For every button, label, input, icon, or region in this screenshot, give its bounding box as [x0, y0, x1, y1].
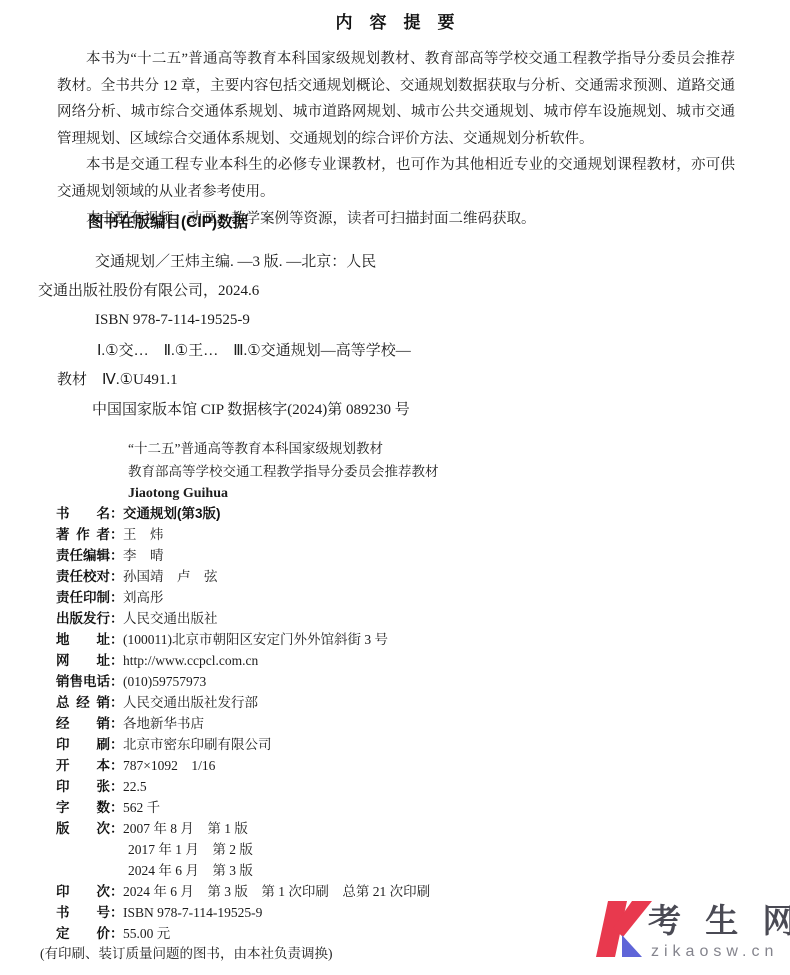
colophon-value: 李 晴: [123, 548, 164, 563]
colophon-row: 地 址：(100011)北京市朝阳区安定门外外馆斜街 3 号: [56, 629, 430, 650]
colophon-row: 印 次：2024 年 6 月 第 3 版 第 1 次印刷 总第 21 次印刷: [56, 881, 430, 902]
colophon-row: 总 经 销：人民交通出版社发行部: [56, 692, 430, 713]
quality-note: (有印刷、装订质量问题的图书，由本社负责调换): [40, 942, 333, 962]
colophon-row: 销售电话：(010)59757973: [56, 671, 430, 692]
watermark-brand-text: 考 生 网: [648, 895, 790, 942]
edition-line: 2007 年 8 月 第 1 版: [123, 821, 248, 836]
colophon-row: 出版发行：人民交通出版社: [56, 608, 430, 629]
zikaosw-k-logo-icon: [596, 899, 652, 959]
summary-paragraph: 本书是交通工程专业本科生的必修专业课教材，也可作为其他相近专业的交通规划课程教材…: [57, 152, 735, 205]
colophon-label: 书 号：: [56, 902, 123, 923]
edition-line: 2017 年 1 月 第 2 版: [128, 842, 253, 857]
colophon-value: 交通规划(第3版): [123, 506, 221, 521]
colophon-label: 出版发行：: [56, 608, 123, 629]
colophon-label: 网 址：: [56, 650, 123, 671]
colophon-label: 字 数：: [56, 797, 123, 818]
colophon-value: 人民交通出版社发行部: [123, 695, 258, 710]
colophon-label: 总 经 销：: [56, 692, 123, 713]
colophon-row: 印 张：22.5: [56, 776, 430, 797]
colophon-row: 著 作 者：王 炜: [56, 524, 430, 545]
cip-line: 交通出版社股份有限公司，2024.6: [38, 277, 790, 306]
colophon-label: 责任印制：: [56, 587, 123, 608]
colophon-row: 责任编辑：李 晴: [56, 545, 430, 566]
colophon-value: 北京市密东印刷有限公司: [123, 737, 272, 752]
cip-heading: 图书在版编目(CIP)数据: [88, 210, 790, 232]
colophon-label: 书 名：: [56, 503, 123, 524]
colophon-label: 销售电话：: [56, 671, 123, 692]
colophon-value: 刘高彤: [123, 590, 164, 605]
colophon-label: 印 刷：: [56, 734, 123, 755]
colophon-row: 开 本：787×1092 1/16: [56, 755, 430, 776]
colophon-row: 责任印制：刘高彤: [56, 587, 430, 608]
colophon-row: 2017 年 1 月 第 2 版: [56, 839, 430, 860]
colophon-value: 孙国靖 卢 弦: [123, 569, 218, 584]
colophon-label: 印 张：: [56, 776, 123, 797]
colophon-label: 定 价：: [56, 923, 123, 944]
colophon-label: 责任校对：: [56, 566, 123, 587]
colophon-label: 开 本：: [56, 755, 123, 776]
colophon-row: 书 名：交通规划(第3版): [56, 503, 430, 524]
publisher-url: http://www.ccpcl.com.cn: [123, 653, 258, 668]
colophon-row: 2024 年 6 月 第 3 版: [56, 860, 430, 881]
colophon-value: 王 炜: [123, 527, 164, 542]
colophon-row: 定 价：55.00 元: [56, 923, 430, 944]
watermark: 考 生 网 zikaosw.cn: [596, 897, 788, 961]
colophon-label: 著 作 者：: [56, 524, 123, 545]
sales-phone: (010)59757973: [123, 674, 206, 689]
summary-paragraph: 本书为“十二五”普通高等教育本科国家级规划教材、教育部高等学校交通工程教学指导分…: [57, 46, 735, 152]
colophon-row: 经 销：各地新华书店: [56, 713, 430, 734]
colophon-value: 各地新华书店: [123, 716, 204, 731]
colophon-label: 地 址：: [56, 629, 123, 650]
series-line: “十二五”普通高等教育本科国家级规划教材: [128, 438, 439, 461]
cip-line: 交通规划／王炜主编. —3 版. —北京：人民: [95, 248, 790, 277]
colophon-value: (100011)北京市朝阳区安定门外外馆斜街 3 号: [123, 632, 388, 647]
colophon-row: 版 次：2007 年 8 月 第 1 版: [56, 818, 430, 839]
colophon-value: 787×1092 1/16: [123, 758, 215, 773]
colophon-row: 网 址：http://www.ccpcl.com.cn: [56, 650, 430, 671]
price-line: 55.00 元: [123, 926, 170, 941]
colophon-value: 562 千: [123, 800, 160, 815]
isbn-line: ISBN 978-7-114-19525-9: [123, 905, 262, 920]
cip-record-number: 中国国家版本馆 CIP 数据核字(2024)第 089230 号: [92, 396, 790, 425]
cip-section: 图书在版编目(CIP)数据 交通规划／王炜主编. —3 版. —北京：人民 交通…: [0, 210, 790, 425]
colophon-section: 书 名：交通规划(第3版) 著 作 者：王 炜 责任编辑：李 晴 责任校对：孙国…: [56, 503, 430, 944]
colophon-value: 人民交通出版社: [123, 611, 218, 626]
page-title: 内 容 提 要: [0, 8, 790, 33]
colophon-value: 22.5: [123, 779, 147, 794]
series-line: 教育部高等学校交通工程教学指导分委员会推荐教材: [128, 461, 439, 484]
cip-classification: 教材 Ⅳ.①U491.1: [57, 366, 790, 395]
series-section: “十二五”普通高等教育本科国家级规划教材 教育部高等学校交通工程教学指导分委员会…: [128, 438, 439, 506]
colophon-label: 版 次：: [56, 818, 123, 839]
printing-line: 2024 年 6 月 第 3 版 第 1 次印刷 总第 21 次印刷: [123, 884, 430, 899]
watermark-domain-text: zikaosw.cn: [651, 943, 778, 961]
colophon-label: 经 销：: [56, 713, 123, 734]
colophon-row: 书 号：ISBN 978-7-114-19525-9: [56, 902, 430, 923]
summary-section: 本书为“十二五”普通高等教育本科国家级规划教材、教育部高等学校交通工程教学指导分…: [57, 46, 735, 232]
colophon-label: 印 次：: [56, 881, 123, 902]
cip-isbn: ISBN 978-7-114-19525-9: [95, 306, 790, 335]
book-copyright-page: 内 容 提 要 本书为“十二五”普通高等教育本科国家级规划教材、教育部高等学校交…: [0, 0, 790, 975]
colophon-row: 字 数：562 千: [56, 797, 430, 818]
cip-classification: Ⅰ.①交… Ⅱ.①王… Ⅲ.①交通规划—高等学校—: [97, 337, 790, 366]
colophon-label: 责任编辑：: [56, 545, 123, 566]
edition-line: 2024 年 6 月 第 3 版: [128, 863, 253, 878]
colophon-row: 责任校对：孙国靖 卢 弦: [56, 566, 430, 587]
colophon-row: 印 刷：北京市密东印刷有限公司: [56, 734, 430, 755]
